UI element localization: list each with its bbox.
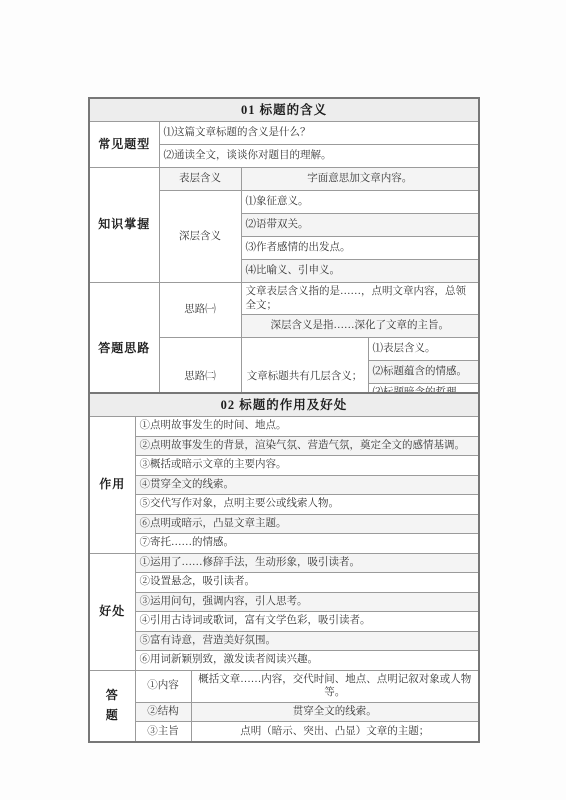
section-label-answer: 答题: [89, 670, 135, 742]
function-item: ⑦寄托……的情感。: [135, 534, 479, 554]
section-label-knowledge: 知识掌握: [89, 168, 159, 283]
deep-meaning-item: ⑴象征意义。: [241, 191, 479, 214]
approach-one-label: 思路㈠: [159, 283, 241, 338]
answer-vertical-label: 答题: [105, 686, 119, 724]
section-label-common-questions: 常见题型: [89, 122, 159, 168]
function-item: ①点明故事发生的时间、地点。: [135, 417, 479, 437]
common-question-item: ⑴这篇文章标题的含义是什么？: [159, 122, 479, 145]
function-item: ④贯穿全文的线索。: [135, 475, 479, 495]
benefit-item: ⑥用词新颖别致，激发读者阅读兴趣。: [135, 651, 479, 671]
page-background: 01 标题的含义 常见题型 ⑴这篇文章标题的含义是什么？ ⑵通读全文，谈谈你对题…: [0, 0, 566, 800]
table-title-function-benefit: 02 标题的作用及好处 作用 ①点明故事发生的时间、地点。 ②点明故事发生的背景…: [88, 392, 480, 743]
surface-meaning-value: 字面意思加文章内容。: [241, 168, 479, 191]
surface-meaning-label: 表层含义: [159, 168, 241, 191]
function-item: ⑤交代写作对象，点明主要公或线索人物。: [135, 495, 479, 515]
benefit-item: ③运用问句，强调内容，引人思考。: [135, 592, 479, 612]
answer-row-label: ②结构: [135, 702, 191, 722]
function-item: ③概括或暗示文章的主要内容。: [135, 456, 479, 476]
deep-meaning-label: 深层含义: [159, 191, 241, 283]
answer-row-label: ①内容: [135, 670, 191, 702]
benefit-item: ①运用了……修辞手法，生动形象，吸引读者。: [135, 553, 479, 573]
section-label-function: 作用: [89, 417, 135, 554]
deep-meaning-item: ⑷比喻义、引申义。: [241, 260, 479, 283]
benefit-item: ②设置悬念，吸引读者。: [135, 573, 479, 593]
table-title-meaning: 01 标题的含义 常见题型 ⑴这篇文章标题的含义是什么？ ⑵通读全文，谈谈你对题…: [88, 97, 480, 418]
benefit-item: ④引用古诗词或歌词，富有文学色彩，吸引读者。: [135, 612, 479, 632]
common-question-item: ⑵通读全文，谈谈你对题目的理解。: [159, 145, 479, 168]
table1-title: 01 标题的含义: [89, 98, 479, 122]
table2-title: 02 标题的作用及好处: [89, 393, 479, 417]
function-item: ⑥点明或暗示，凸显文章主题。: [135, 514, 479, 534]
answer-row-value: 点明（暗示、突出、凸显）文章的主题；: [191, 722, 479, 742]
section-label-benefit: 好处: [89, 553, 135, 670]
answer-row-value: 贯穿全文的线索。: [191, 702, 479, 722]
approach-two-item: ⑵标题蕴含的情感。: [368, 361, 479, 384]
function-item: ②点明故事发生的背景，渲染气氛、营造气氛，奠定全文的感情基调。: [135, 436, 479, 456]
answer-row-value: 概括文章……内容，交代时间、地点、点明记叙对象或人物等。: [191, 670, 479, 702]
approach-one-line: 深层含义是指……深化了文章的主旨。: [241, 315, 479, 338]
answer-row-label: ③主旨: [135, 722, 191, 742]
deep-meaning-item: ⑶作者感情的出发点。: [241, 237, 479, 260]
benefit-item: ⑤富有诗意，营造美好氛围。: [135, 631, 479, 651]
deep-meaning-item: ⑵语带双关。: [241, 214, 479, 237]
approach-two-item: ⑴表层含义。: [368, 338, 479, 361]
approach-one-line: 文章表层含义指的是……，点明文章内容，总领全文；: [241, 283, 479, 315]
